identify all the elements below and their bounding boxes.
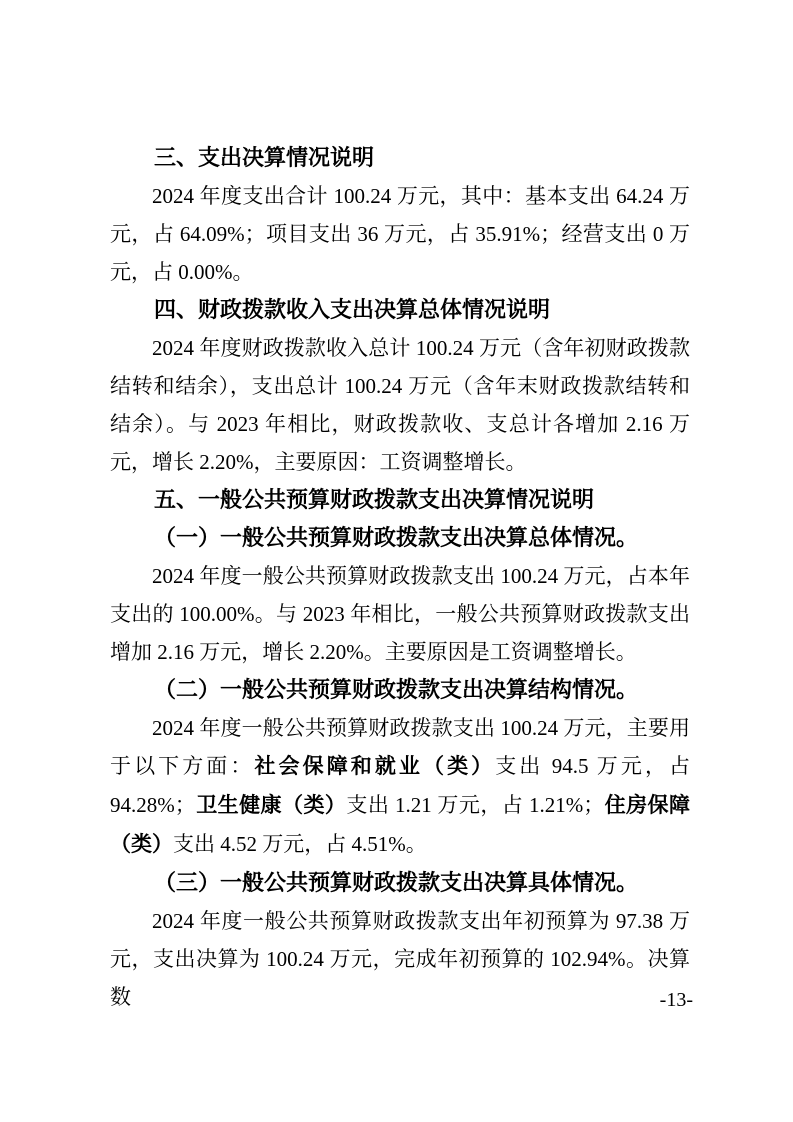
section-4-heading: 四、财政拨款收入支出决算总体情况说明 [110, 291, 690, 329]
section-3-paragraph: 2024 年度支出合计 100.24 万元，其中：基本支出 64.24 万元，占… [110, 177, 690, 291]
section-5-sub-3-heading: （三）一般公共预算财政拨款支出决算具体情况。 [110, 864, 690, 902]
text-run-housing-amount: 支出 4.52 万元，占 4.51%。 [173, 832, 427, 856]
section-4-paragraph: 2024 年度财政拨款收入总计 100.24 万元（含年初财政拨款结转和结余），… [110, 329, 690, 481]
section-5-sub-3-paragraph: 2024 年度一般公共预算财政拨款支出年初预算为 97.38 万元，支出决算为 … [110, 902, 690, 1016]
section-5-sub-2-heading: （二）一般公共预算财政拨款支出决算结构情况。 [110, 671, 690, 709]
text-run-health-amount: 支出 1.21 万元，占 1.21%； [346, 793, 604, 817]
section-5-heading: 五、一般公共预算财政拨款支出决算情况说明 [110, 481, 690, 519]
document-content: 三、支出决算情况说明 2024 年度支出合计 100.24 万元，其中：基本支出… [110, 139, 690, 1016]
bold-run-health-category: 卫生健康（类） [196, 794, 347, 817]
document-page: 三、支出决算情况说明 2024 年度支出合计 100.24 万元，其中：基本支出… [0, 0, 793, 1122]
section-3-heading: 三、支出决算情况说明 [110, 139, 690, 177]
section-5-sub-1-paragraph: 2024 年度一般公共预算财政拨款支出 100.24 万元，占本年支出的 100… [110, 557, 690, 671]
section-5-sub-2-paragraph: 2024 年度一般公共预算财政拨款支出 100.24 万元，主要用于以下方面：社… [110, 709, 690, 864]
page-number: -13- [660, 988, 693, 1012]
bold-run-social-security-category: 社会保障和就业（类） [254, 755, 495, 778]
section-5-sub-1-heading: （一）一般公共预算财政拨款支出决算总体情况。 [110, 519, 690, 557]
